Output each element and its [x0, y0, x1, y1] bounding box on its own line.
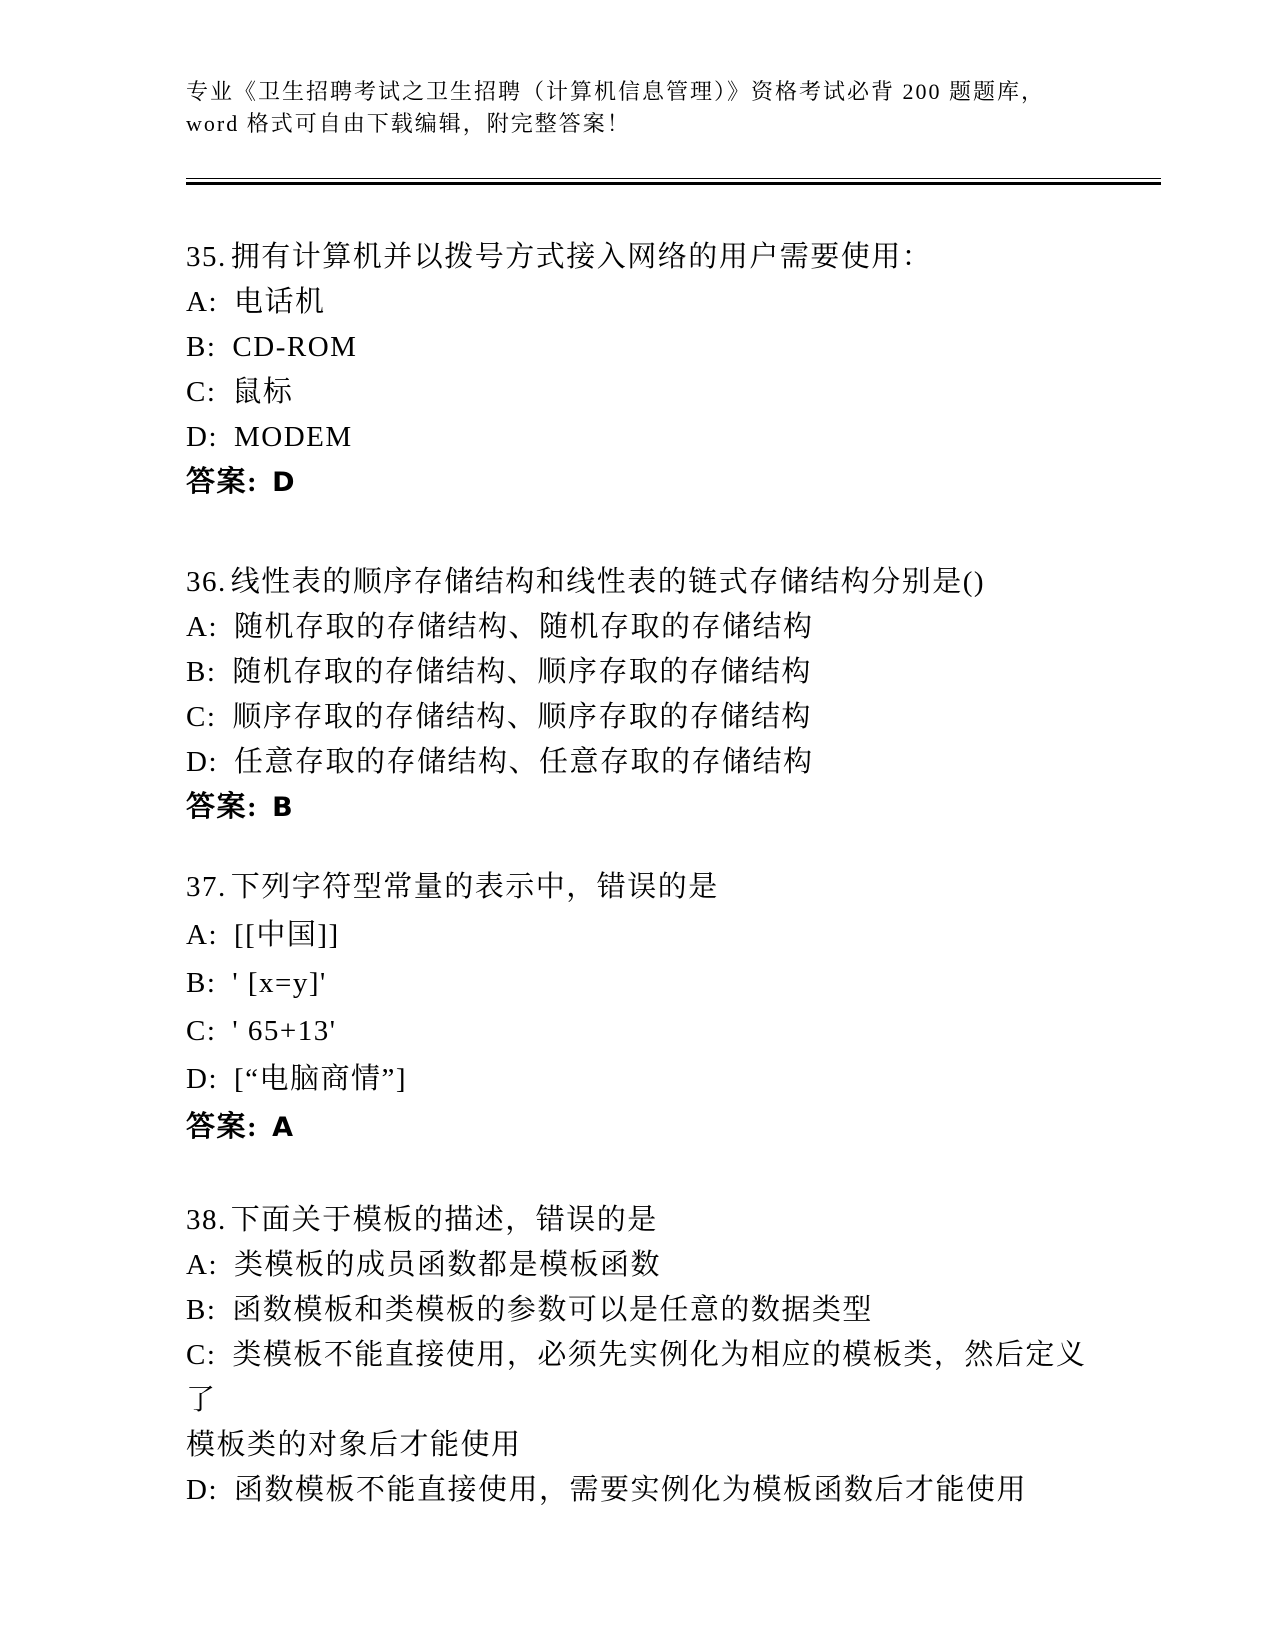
question-36-option-b: B:随机存取的存储结构、顺序存取的存储结构 [186, 650, 1092, 695]
answer-label: 答案: [186, 1111, 258, 1143]
option-label: A: [186, 286, 218, 318]
option-text: 电话机 [218, 286, 326, 318]
question-title-text: 下列字符型常量的表示中，错误的是 [227, 871, 719, 903]
option-text: 任意存取的存储结构、任意存取的存储结构 [218, 746, 814, 778]
doc-header-line-1: 专业《卫生招聘考试之卫生招聘（计算机信息管理）》资格考试必背 200 题题库， [186, 76, 1165, 108]
option-text: 顺序存取的存储结构、顺序存取的存储结构 [216, 701, 812, 733]
question-37-option-a: A:[[中国]] [186, 911, 1092, 959]
question-37-option-b: B:' [x=y]' [186, 959, 1092, 1007]
question-number: 35. [186, 241, 227, 273]
question-36-option-c: C:顺序存取的存储结构、顺序存取的存储结构 [186, 695, 1092, 740]
option-label: D: [186, 421, 218, 453]
question-38-title: 38.下面关于模板的描述，错误的是 [186, 1198, 1092, 1243]
option-text: 类模板不能直接使用，必须先实例化为相应的模板类，然后定义了 模板类的对象后才能使… [186, 1339, 1086, 1461]
option-text: CD-ROM [216, 331, 357, 363]
question-35: 35.拥有计算机并以拨号方式接入网络的用户需要使用： A:电话机 B:CD-RO… [186, 235, 1092, 505]
option-label: A: [186, 1249, 218, 1281]
option-label: D: [186, 1063, 218, 1095]
question-35-option-b: B:CD-ROM [186, 325, 1092, 370]
question-37-option-d: D:[“电脑商情”] [186, 1055, 1092, 1103]
answer-label: 答案: [186, 791, 258, 823]
question-37: 37.下列字符型常量的表示中，错误的是 A:[[中国]] B:' [x=y]' … [186, 863, 1092, 1152]
doc-header-line-2: word 格式可自由下载编辑，附完整答案！ [186, 108, 1165, 140]
option-label: C: [186, 376, 216, 408]
question-title-text: 下面关于模板的描述，错误的是 [227, 1204, 658, 1236]
question-36: 36.线性表的顺序存储结构和线性表的链式存储结构分别是() A:随机存取的存储结… [186, 560, 1092, 830]
option-label: B: [186, 331, 216, 363]
answer-value: B [258, 792, 294, 823]
question-37-answer: 答案:A [186, 1103, 1092, 1152]
option-label: D: [186, 1474, 218, 1506]
option-text: 随机存取的存储结构、随机存取的存储结构 [218, 611, 814, 643]
question-37-option-c: C:' 65+13' [186, 1007, 1092, 1055]
question-38-option-d: D:函数模板不能直接使用，需要实例化为模板函数后才能使用 [186, 1468, 1092, 1513]
option-label: C: [186, 701, 216, 733]
question-number: 36. [186, 566, 227, 598]
question-38-option-a: A:类模板的成员函数都是模板函数 [186, 1243, 1092, 1288]
question-38-option-b: B:函数模板和类模板的参数可以是任意的数据类型 [186, 1288, 1092, 1333]
option-text: 鼠标 [216, 376, 293, 408]
answer-label: 答案: [186, 466, 258, 498]
answer-value: D [258, 467, 296, 498]
option-text: 函数模板和类模板的参数可以是任意的数据类型 [216, 1294, 873, 1326]
question-35-title: 35.拥有计算机并以拨号方式接入网络的用户需要使用： [186, 235, 1092, 280]
doc-header: 专业《卫生招聘考试之卫生招聘（计算机信息管理）》资格考试必背 200 题题库， … [186, 0, 1165, 140]
header-divider-rule [186, 178, 1161, 185]
option-text: 函数模板不能直接使用，需要实例化为模板函数后才能使用 [218, 1474, 1027, 1506]
option-label: D: [186, 746, 218, 778]
question-35-answer: 答案:D [186, 460, 1092, 505]
question-title-text: 拥有计算机并以拨号方式接入网络的用户需要使用： [227, 241, 933, 273]
question-36-answer: 答案:B [186, 785, 1092, 830]
question-36-title: 36.线性表的顺序存储结构和线性表的链式存储结构分别是() [186, 560, 1092, 605]
question-title-text: 线性表的顺序存储结构和线性表的链式存储结构分别是() [227, 566, 985, 598]
question-38-option-c: C:类模板不能直接使用，必须先实例化为相应的模板类，然后定义了 模板类的对象后才… [186, 1333, 1092, 1468]
question-35-option-c: C:鼠标 [186, 370, 1092, 415]
option-text: [[中国]] [218, 919, 340, 951]
option-label: C: [186, 1015, 216, 1047]
document-page: 专业《卫生招聘考试之卫生招聘（计算机信息管理）》资格考试必背 200 题题库， … [0, 0, 1275, 1650]
option-label: B: [186, 1294, 216, 1326]
question-35-option-a: A:电话机 [186, 280, 1092, 325]
question-38: 38.下面关于模板的描述，错误的是 A:类模板的成员函数都是模板函数 B:函数模… [186, 1198, 1092, 1513]
question-36-option-d: D:任意存取的存储结构、任意存取的存储结构 [186, 740, 1092, 785]
option-label: B: [186, 656, 216, 688]
question-36-option-a: A:随机存取的存储结构、随机存取的存储结构 [186, 605, 1092, 650]
question-number: 37. [186, 871, 227, 903]
question-35-option-d: D:MODEM [186, 415, 1092, 460]
option-text: [“电脑商情”] [218, 1063, 407, 1095]
option-text: MODEM [218, 421, 353, 453]
option-label: A: [186, 919, 218, 951]
question-number: 38. [186, 1204, 227, 1236]
option-label: A: [186, 611, 218, 643]
option-text: 类模板的成员函数都是模板函数 [218, 1249, 661, 1281]
answer-value: A [258, 1112, 294, 1143]
option-label: B: [186, 967, 216, 999]
option-label: C: [186, 1339, 216, 1371]
option-text: ' [x=y]' [216, 967, 326, 999]
question-37-title: 37.下列字符型常量的表示中，错误的是 [186, 863, 1092, 911]
option-text: ' 65+13' [216, 1015, 336, 1047]
option-text: 随机存取的存储结构、顺序存取的存储结构 [216, 656, 812, 688]
